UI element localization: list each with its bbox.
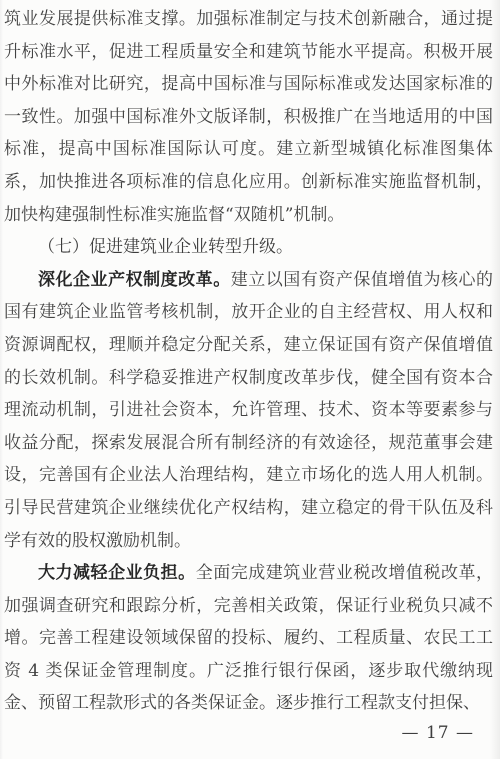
section-heading-seven: （七）促进建筑业企业转型升级。 (4, 231, 493, 264)
paragraph-property-rights-reform: 深化企业产权制度改革。建立以国有资产保值增值为核心的国有建筑企业监管考核机制，放… (4, 264, 493, 557)
paragraph-lead-burden-reduction: 大力减轻企业负担。 (38, 563, 196, 583)
paragraph-text-burden-reduction: 全面完成建筑业营业税改增值税改革，加强调查研究和跟踪分析，完善相关政策，保证行业… (4, 563, 493, 713)
page-number: — 17 — (402, 717, 474, 750)
paragraph-text-property-reform: 建立以国有资产保值增值为核心的国有建筑企业监管考核机制，放开企业的自主经营权、用… (4, 270, 493, 551)
document-page: 筑业发展提供标准支撑。加强标准制定与技术创新融合，通过提升标准水平，促进工程质量… (0, 0, 500, 759)
paragraph-standards-support: 筑业发展提供标准支撑。加强标准制定与技术创新融合，通过提升标准水平，促进工程质量… (4, 3, 493, 231)
paragraph-lead-property-reform: 深化企业产权制度改革。 (38, 270, 231, 290)
paragraph-burden-reduction: 大力减轻企业负担。全面完成建筑业营业税改增值税改革，加强调查研究和跟踪分析，完善… (4, 557, 493, 720)
